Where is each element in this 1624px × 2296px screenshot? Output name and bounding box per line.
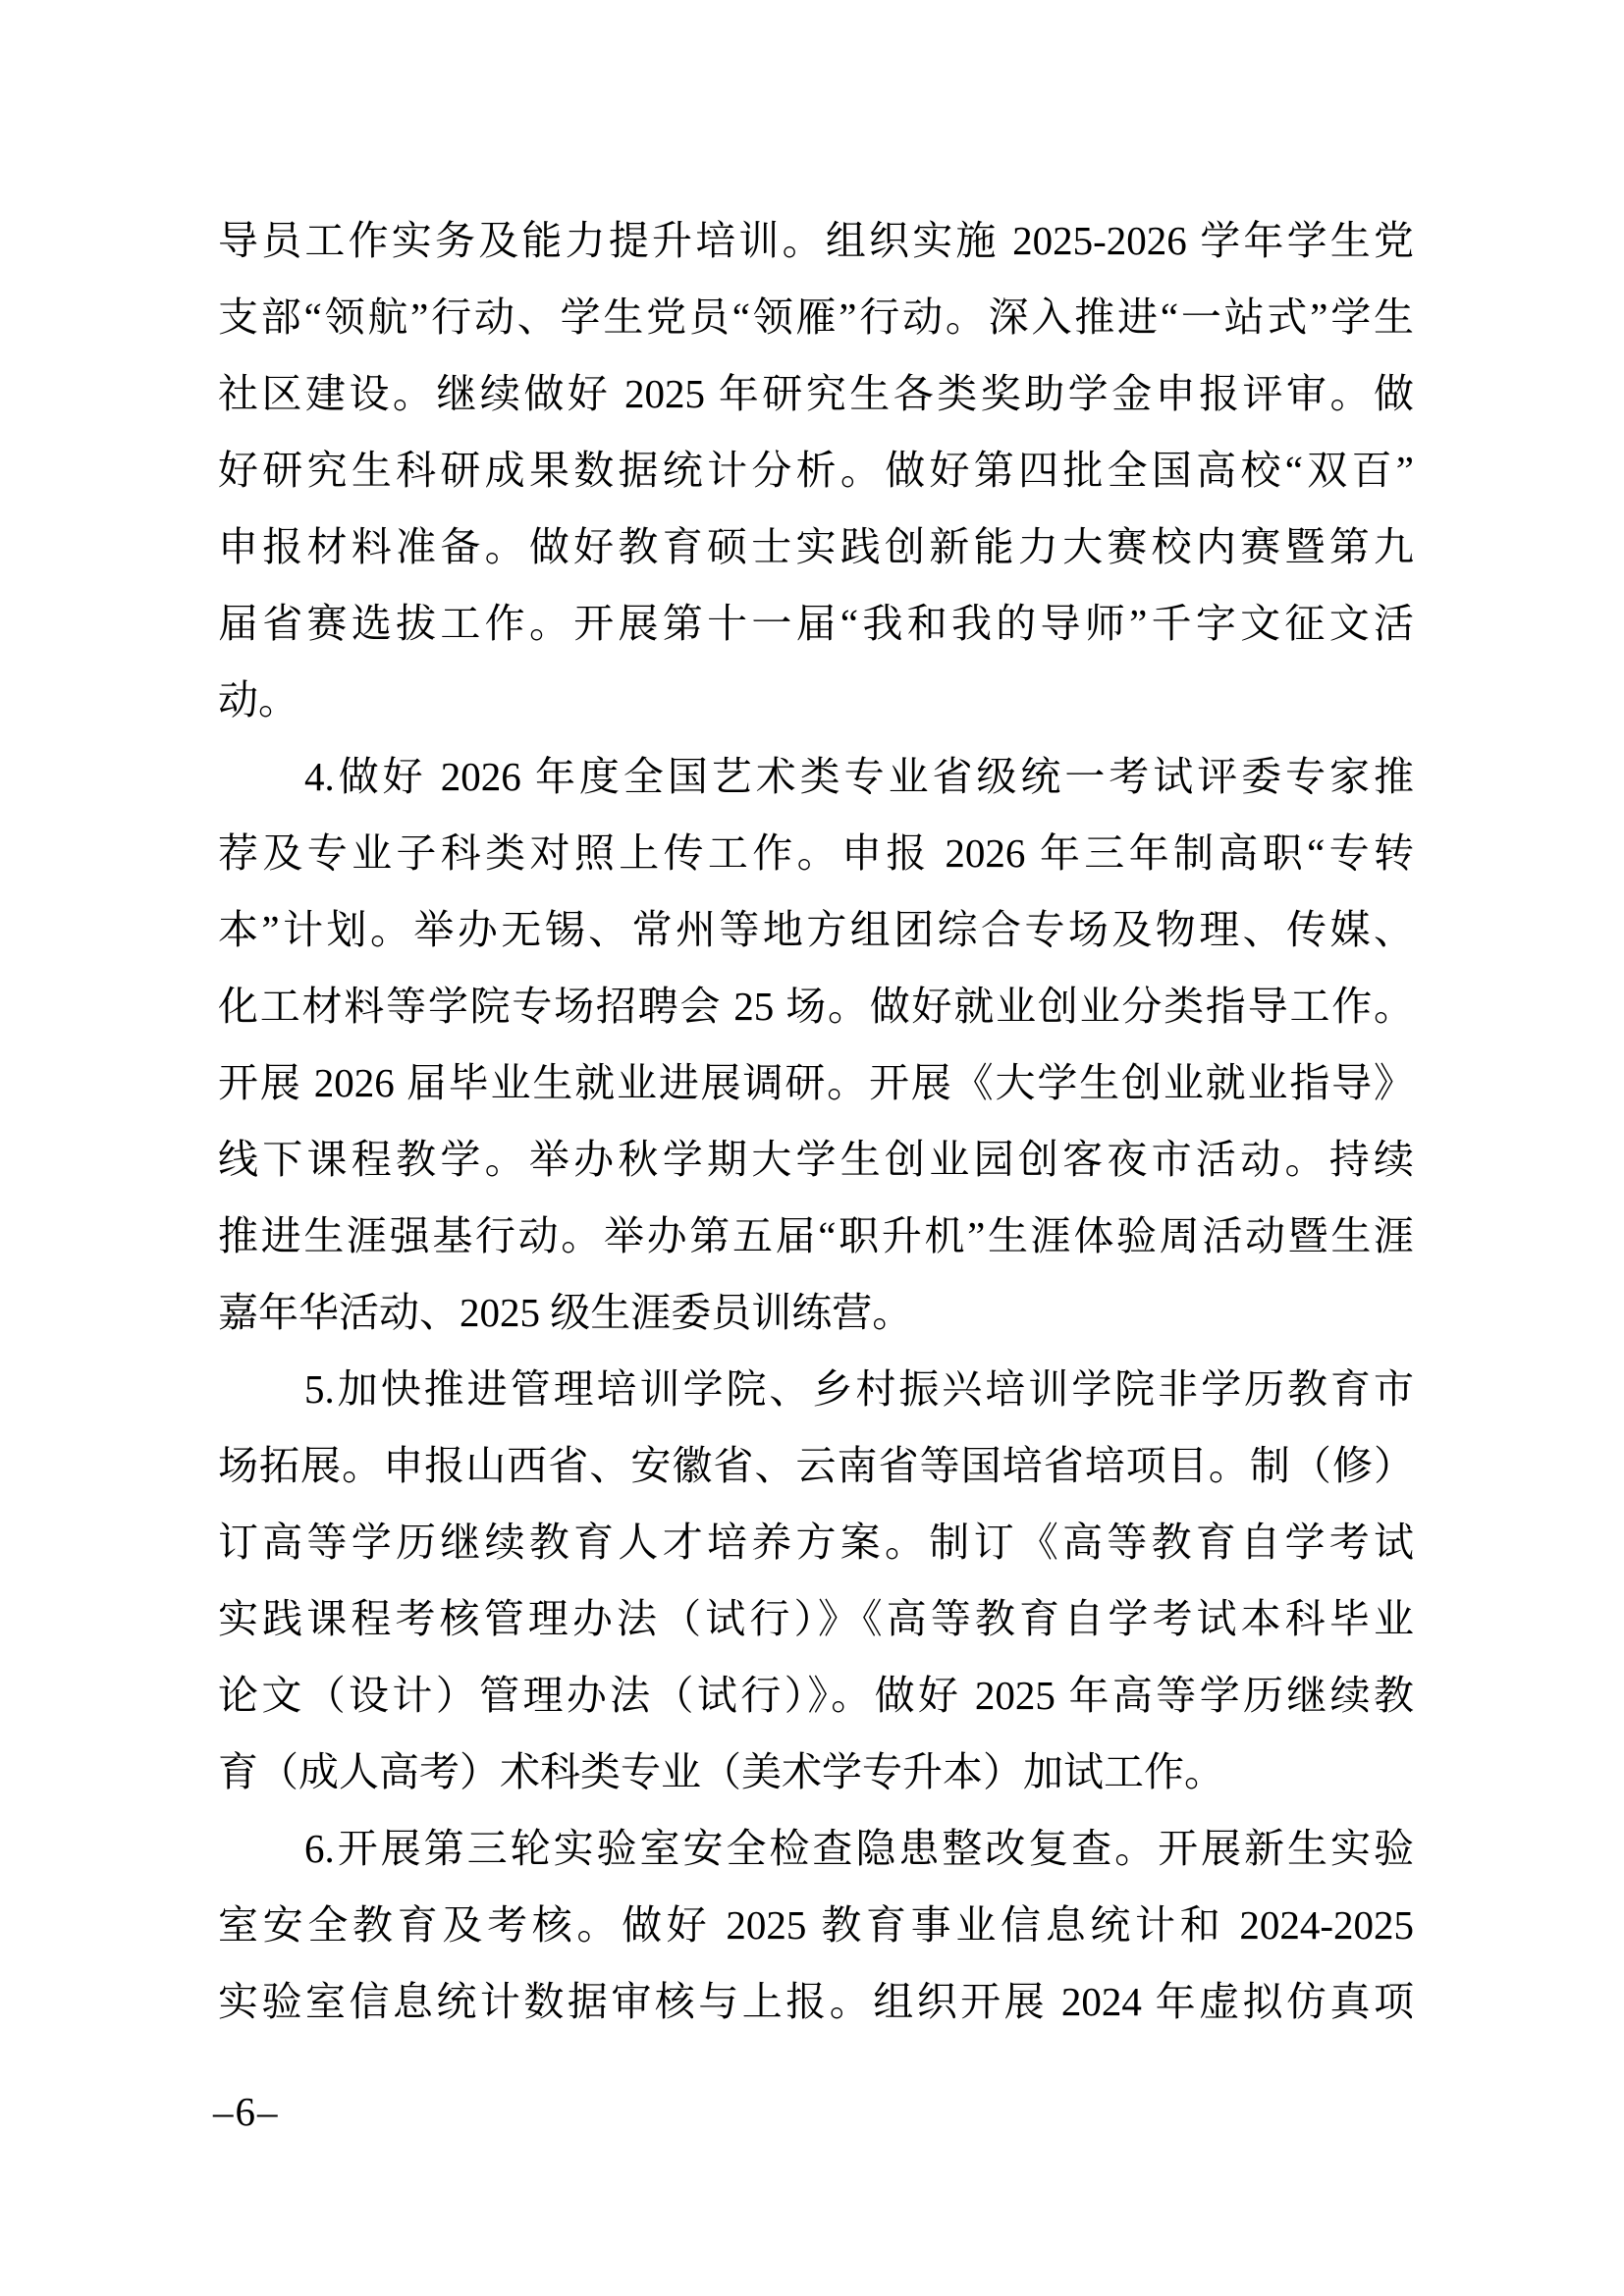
text-line-1: 导员工作实务及能力提升培训。组织实施 2025-2026 学年学生党 [218,202,1414,279]
text-line-24: 实验室信息统计数据审核与上报。组织开展 2024 年虚拟仿真项 [218,1963,1414,2040]
document-page: 导员工作实务及能力提升培训。组织实施 2025-2026 学年学生党 支部“领航… [0,0,1624,2296]
text-line-15: 嘉年华活动、2025 级生涯委员训练营。 [218,1274,1414,1351]
text-line-8-paragraph-4-start: 4.做好 2026 年度全国艺术类专业省级统一考试评委专家推 [218,738,1414,815]
text-line-4: 好研究生科研成果数据统计分析。做好第四批全国高校“双百” [218,432,1414,508]
text-line-10: 本”计划。举办无锡、常州等地方组团综合专场及物理、传媒、 [218,891,1414,968]
text-line-6: 届省赛选拔工作。开展第十一届“我和我的导师”千字文征文活 [218,585,1414,662]
text-line-21: 育（成人高考）术科类专业（美术学专升本）加试工作。 [218,1734,1414,1810]
text-line-19: 实践课程考核管理办法（试行）》《高等教育自学考试本科毕业 [218,1580,1414,1657]
text-line-3: 社区建设。继续做好 2025 年研究生各类奖助学金申报评审。做 [218,355,1414,432]
page-number: –6– [213,2089,280,2134]
text-line-7: 动。 [218,662,1414,738]
text-line-17: 场拓展。申报山西省、安徽省、云南省等国培省培项目。制（修） [218,1427,1414,1504]
text-line-13: 线下课程教学。举办秋学期大学生创业园创客夜市活动。持续 [218,1121,1414,1198]
text-line-5: 申报材料准备。做好教育硕士实践创新能力大赛校内赛暨第九 [218,508,1414,585]
document-body: 导员工作实务及能力提升培训。组织实施 2025-2026 学年学生党 支部“领航… [218,202,1414,2040]
text-line-23: 室安全教育及考核。做好 2025 教育事业信息统计和 2024-2025 [218,1887,1414,1963]
text-line-14: 推进生涯强基行动。举办第五届“职升机”生涯体验周活动暨生涯 [218,1198,1414,1274]
text-line-2: 支部“领航”行动、学生党员“领雁”行动。深入推进“一站式”学生 [218,279,1414,355]
text-line-16-paragraph-5-start: 5.加快推进管理培训学院、乡村振兴培训学院非学历教育市 [218,1351,1414,1427]
text-line-9: 荐及专业子科类对照上传工作。申报 2026 年三年制高职“专转 [218,815,1414,891]
text-line-11: 化工材料等学院专场招聘会 25 场。做好就业创业分类指导工作。 [218,968,1414,1044]
text-line-22-paragraph-6-start: 6.开展第三轮实验室安全检查隐患整改复查。开展新生实验 [218,1810,1414,1887]
text-line-18: 订高等学历继续教育人才培养方案。制订《高等教育自学考试 [218,1504,1414,1580]
text-line-12: 开展 2026 届毕业生就业进展调研。开展《大学生创业就业指导》 [218,1044,1414,1121]
text-line-20: 论文（设计）管理办法（试行）》。做好 2025 年高等学历继续教 [218,1657,1414,1734]
